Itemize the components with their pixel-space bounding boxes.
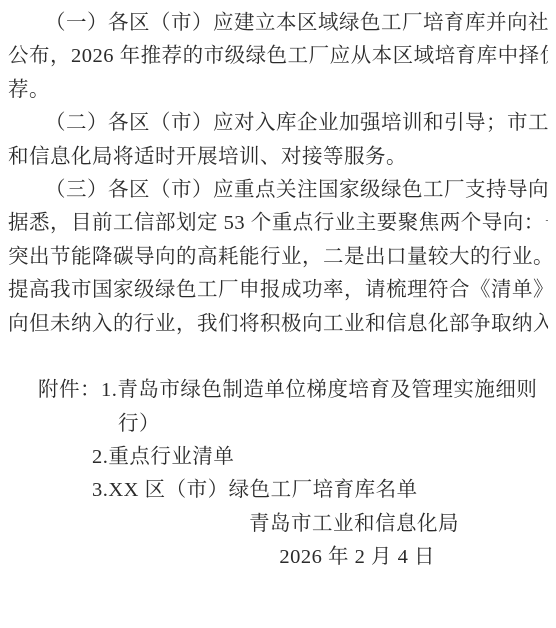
document-page: （一）各区（市）应建立本区域绿色工厂培育库并向社会 公布，2026 年推荐的市级… (0, 0, 556, 628)
body-line: 据悉，目前工信部划定 53 个重点行业主要聚焦两个导向：一是 (8, 207, 548, 240)
signature-date: 2026 年 2 月 4 日 (8, 541, 548, 574)
body-line-para1-last: 荐。 (8, 74, 548, 107)
signature-organization: 青岛市工业和信息化局 (8, 508, 548, 541)
blank-line (8, 341, 548, 374)
body-line-para2-first: （二）各区（市）应对入库企业加强培训和引导；市工业 (8, 107, 548, 140)
body-line: 突出节能降碳导向的高耗能行业，二是出口量较大的行业。为 (8, 241, 548, 274)
body-line: 提高我市国家级绿色工厂申报成功率，请梳理符合《清单》导 (8, 274, 548, 307)
body-line-para1-first: （一）各区（市）应建立本区域绿色工厂培育库并向社会 (8, 7, 548, 40)
body-line: 公布，2026 年推荐的市级绿色工厂应从本区域培育库中择优推 (8, 40, 548, 73)
attachment-line-1-cont: 行） (8, 408, 548, 441)
attachment-line-2: 2.重点行业清单 (8, 441, 548, 474)
attachment-line-3: 3.XX 区（市）绿色工厂培育库名单 (8, 474, 548, 507)
attachment-line-1: 附件：1.青岛市绿色制造单位梯度培育及管理实施细则（暂 (8, 374, 548, 407)
body-line-para3-last: 向但未纳入的行业，我们将积极向工业和信息化部争取纳入。 (8, 308, 548, 341)
body-line-para2-last: 和信息化局将适时开展培训、对接等服务。 (8, 141, 548, 174)
body-line-para3-first: （三）各区（市）应重点关注国家级绿色工厂支持导向。 (8, 174, 548, 207)
